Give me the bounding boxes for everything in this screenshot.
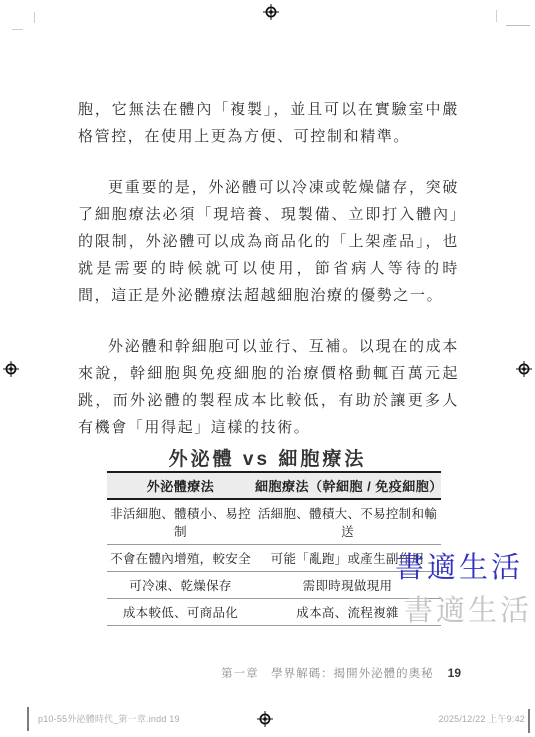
table-cell: 活細胞、體積大、不易控制和輸送 bbox=[254, 499, 441, 545]
watermark-gray: 書適生活 bbox=[404, 588, 532, 629]
body-paragraph: 外泌體和幹細胞可以並行、互補。以現在的成本來說，幹細胞與免疫細胞的治療價格動輒百… bbox=[78, 333, 459, 441]
page-number: 19 bbox=[448, 666, 461, 680]
table-row: 可冷凍、乾燥保存 需即時現做現用 bbox=[107, 572, 441, 599]
crop-mark bbox=[34, 12, 35, 23]
trim-bar-right bbox=[528, 709, 530, 733]
table-header-row: 外泌體療法 細胞療法（幹細胞 / 免疫細胞） bbox=[107, 472, 441, 499]
crop-mark bbox=[506, 25, 530, 26]
table-row: 成本較低、可商品化 成本高、流程複雜 bbox=[107, 599, 441, 626]
table-title: 外泌體 vs 細胞療法 bbox=[0, 444, 535, 471]
table-row: 不會在體內增殖，較安全 可能「亂跑」或產生副作用 bbox=[107, 545, 441, 572]
slug-filename: p10-55外泌體時代_第一章.indd 19 bbox=[38, 712, 180, 725]
slug-datetime: 2025/12/22 上午9:42 bbox=[439, 712, 525, 725]
registration-mark-left bbox=[3, 361, 19, 377]
body-paragraph: 更重要的是，外泌體可以冷凍或乾燥儲存，突破了細胞療法必須「現培養、現製備、立即打… bbox=[78, 174, 459, 309]
table-row: 非活細胞、體積小、易控制 活細胞、體積大、不易控制和輸送 bbox=[107, 499, 441, 545]
table-cell: 非活細胞、體積小、易控制 bbox=[107, 499, 254, 545]
registration-mark-bottom bbox=[257, 711, 273, 727]
crop-mark bbox=[496, 10, 497, 22]
watermark-blue: 書適生活 bbox=[395, 545, 523, 586]
table-cell: 可冷凍、乾燥保存 bbox=[107, 572, 254, 599]
chapter-title: 第一章 學界解碼：揭開外泌體的奧秘 bbox=[221, 665, 434, 681]
running-footer: 第一章 學界解碼：揭開外泌體的奧秘 19 bbox=[221, 665, 461, 681]
crop-mark bbox=[12, 29, 23, 30]
table-header-cell-therapy: 細胞療法（幹細胞 / 免疫細胞） bbox=[254, 472, 441, 499]
trim-bar-left bbox=[27, 707, 29, 731]
table-cell: 不會在體內增殖，較安全 bbox=[107, 545, 254, 572]
book-page: 胞，它無法在體內「複製」，並且可以在實驗室中嚴格管控，在使用上更為方便、可控制和… bbox=[0, 0, 535, 737]
body-paragraph: 胞，它無法在體內「複製」，並且可以在實驗室中嚴格管控，在使用上更為方便、可控制和… bbox=[78, 96, 459, 150]
table-cell: 成本較低、可商品化 bbox=[107, 599, 254, 626]
table-header-exosome: 外泌體療法 bbox=[107, 472, 254, 499]
registration-mark-right bbox=[516, 361, 532, 377]
registration-mark-top bbox=[263, 4, 279, 20]
body-text-block: 胞，它無法在體內「複製」，並且可以在實驗室中嚴格管控，在使用上更為方便、可控制和… bbox=[78, 96, 459, 465]
comparison-table: 外泌體療法 細胞療法（幹細胞 / 免疫細胞） 非活細胞、體積小、易控制 活細胞、… bbox=[107, 471, 441, 626]
